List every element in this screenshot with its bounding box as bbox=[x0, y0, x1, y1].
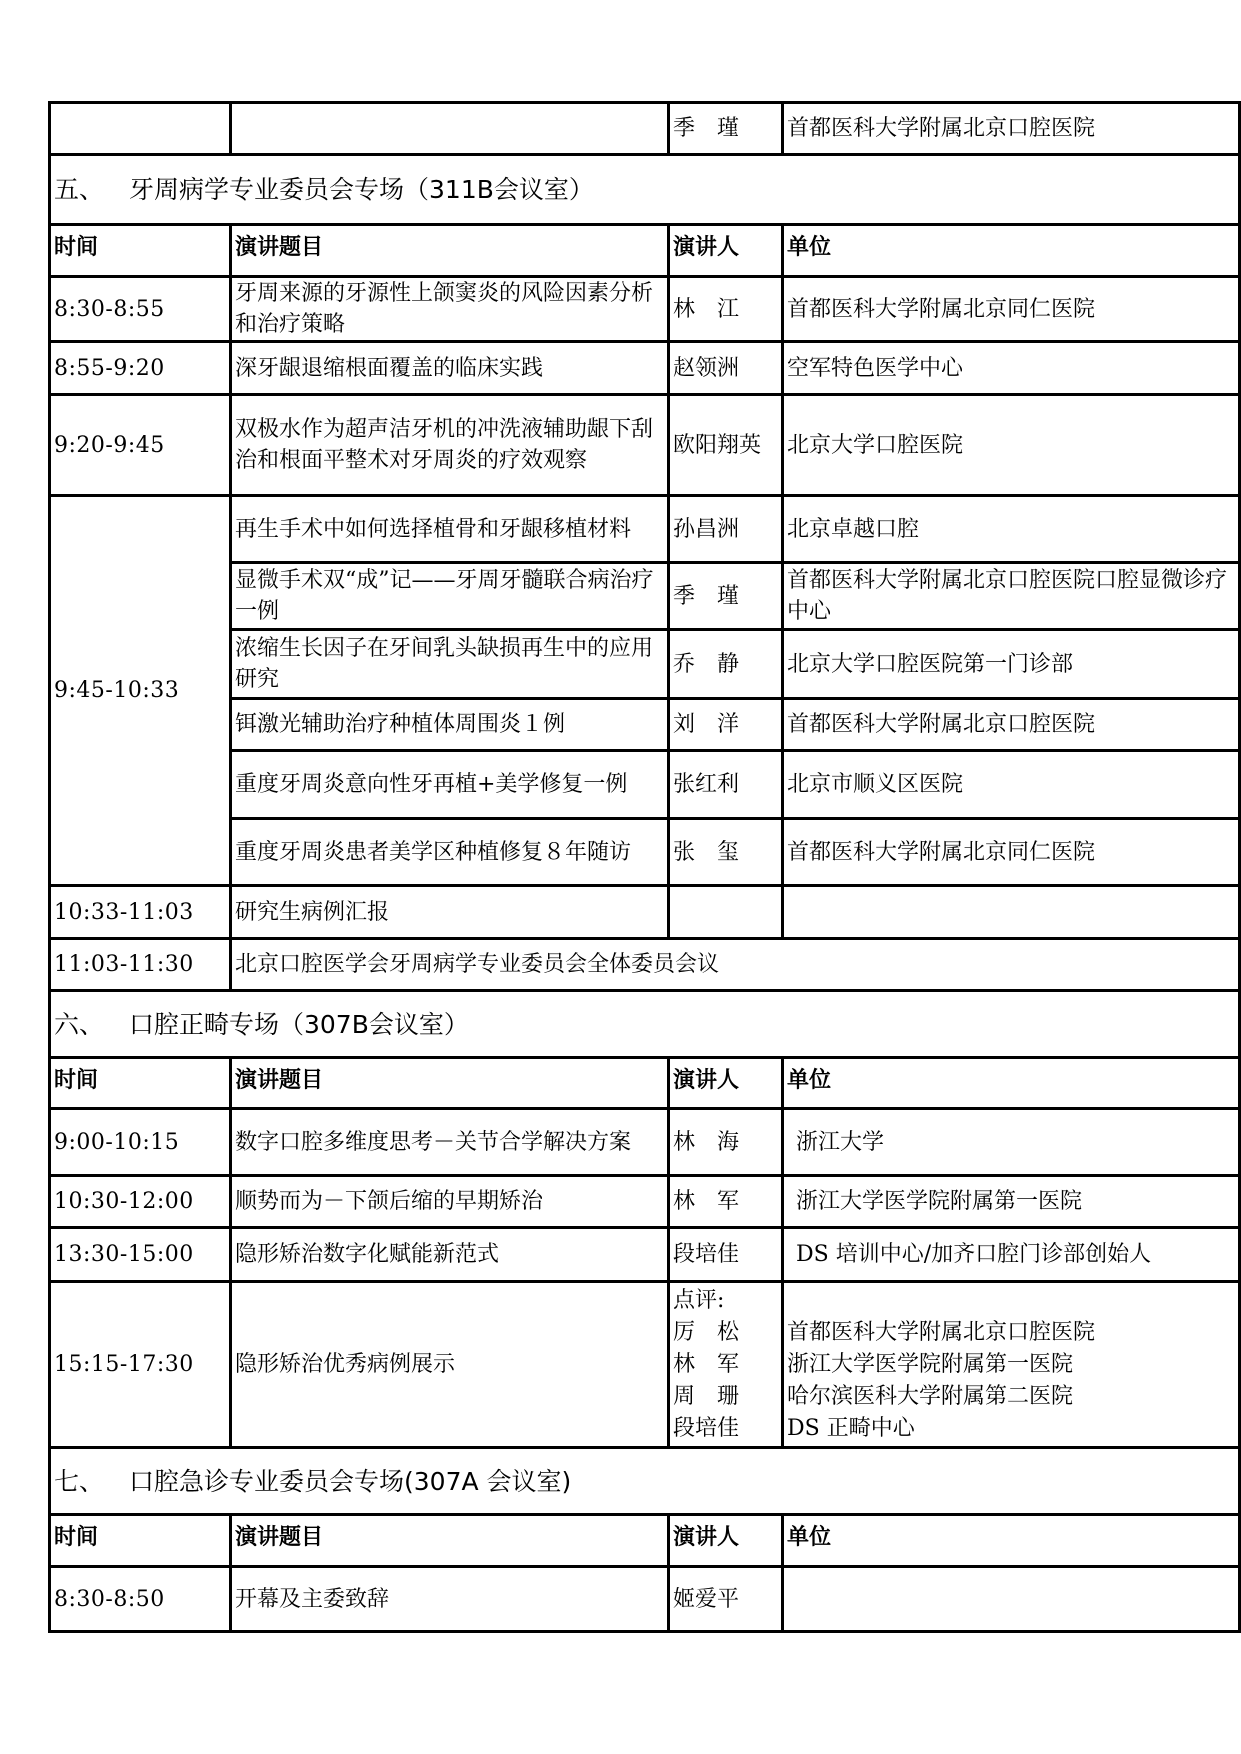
unit-cell: 首都医科大学附属北京口腔医院 bbox=[783, 103, 1240, 155]
section-title: 六、口腔正畸专场（307B会议室） bbox=[50, 991, 1240, 1058]
reviewer-unit: 首都医科大学附属北京口腔医院 bbox=[787, 1317, 1235, 1349]
reviewer-name: 厉 松 bbox=[673, 1317, 778, 1349]
topic-cell: 再生手术中如何选择植骨和牙龈移植材料 bbox=[231, 496, 669, 563]
speaker-cell: 乔 静 bbox=[669, 630, 783, 699]
time-cell: 9:20-9:45 bbox=[50, 395, 231, 496]
topic-cell: 双极水作为超声洁牙机的冲洗液辅助龈下刮治和根面平整术对牙周炎的疗效观察 bbox=[231, 395, 669, 496]
section-title: 七、口腔急诊专业委员会专场(307A 会议室) bbox=[50, 1448, 1240, 1515]
reviewer-label: 点评: bbox=[673, 1285, 778, 1317]
unit-cell: 北京卓越口腔 bbox=[783, 496, 1240, 563]
topic-cell: 顺势而为－下颌后缩的早期矫治 bbox=[231, 1176, 669, 1228]
speaker-cell: 赵领洲 bbox=[669, 342, 783, 395]
speaker-cell: 林 海 bbox=[669, 1109, 783, 1176]
table-row: 9:20-9:45 双极水作为超声洁牙机的冲洗液辅助龈下刮治和根面平整术对牙周炎… bbox=[50, 395, 1240, 496]
header-unit: 单位 bbox=[783, 1058, 1240, 1109]
section-title-row: 六、口腔正畸专场（307B会议室） bbox=[50, 991, 1240, 1058]
time-cell: 8:55-9:20 bbox=[50, 342, 231, 395]
speaker-cell: 张 玺 bbox=[669, 819, 783, 886]
topic-cell: 重度牙周炎患者美学区种植修复８年随访 bbox=[231, 819, 669, 886]
time-cell: 8:30-8:55 bbox=[50, 277, 231, 342]
reviewer-unit bbox=[787, 1285, 1235, 1317]
schedule-table: 季 瑾 首都医科大学附属北京口腔医院 五、牙周病学专业委员会专场（311B会议室… bbox=[48, 101, 1241, 1633]
unit-cell: 北京大学口腔医院 bbox=[783, 395, 1240, 496]
topic-cell: 浓缩生长因子在牙间乳头缺损再生中的应用研究 bbox=[231, 630, 669, 699]
unit-cell bbox=[783, 886, 1240, 939]
header-speaker: 演讲人 bbox=[669, 225, 783, 277]
speaker-cell: 欧阳翔英 bbox=[669, 395, 783, 496]
header-row: 时间 演讲题目 演讲人 单位 bbox=[50, 1058, 1240, 1109]
table-row: 10:33-11:03 研究生病例汇报 bbox=[50, 886, 1240, 939]
unit-cell: 首都医科大学附属北京同仁医院 bbox=[783, 277, 1240, 342]
section-title-text: 口腔正畸专场（307B会议室） bbox=[129, 1010, 469, 1039]
reviewer-name: 段培佳 bbox=[673, 1413, 778, 1445]
speaker-cell: 孙昌洲 bbox=[669, 496, 783, 563]
table-row: 9:45-10:33 再生手术中如何选择植骨和牙龈移植材料 孙昌洲 北京卓越口腔 bbox=[50, 496, 1240, 563]
unit-cell: 首都医科大学附属北京口腔医院 浙江大学医学院附属第一医院 哈尔滨医科大学附属第二… bbox=[783, 1282, 1240, 1448]
header-row: 时间 演讲题目 演讲人 单位 bbox=[50, 1515, 1240, 1567]
topic-cell: 显微手术双“成”记——牙周牙髓联合病治疗一例 bbox=[231, 563, 669, 630]
section-title-row: 五、牙周病学专业委员会专场（311B会议室） bbox=[50, 155, 1240, 225]
section-title: 五、牙周病学专业委员会专场（311B会议室） bbox=[50, 155, 1240, 225]
topic-cell bbox=[231, 103, 669, 155]
table-row: 15:15-17:30 隐形矫治优秀病例展示 点评: 厉 松 林 军 周 珊 段… bbox=[50, 1282, 1240, 1448]
table-row: 10:30-12:00 顺势而为－下颌后缩的早期矫治 林 军 浙江大学医学院附属… bbox=[50, 1176, 1240, 1228]
speaker-cell bbox=[669, 886, 783, 939]
header-topic: 演讲题目 bbox=[231, 225, 669, 277]
header-time: 时间 bbox=[50, 1058, 231, 1109]
speaker-cell: 点评: 厉 松 林 军 周 珊 段培佳 bbox=[669, 1282, 783, 1448]
header-unit: 单位 bbox=[783, 1515, 1240, 1567]
table-row: 9:00-10:15 数字口腔多维度思考－关节合学解决方案 林 海 浙江大学 bbox=[50, 1109, 1240, 1176]
topic-cell-merged: 北京口腔医学会牙周病学专业委员会全体委员会议 bbox=[231, 939, 1240, 991]
reviewer-unit: DS 正畸中心 bbox=[787, 1413, 1235, 1445]
unit-cell: 首都医科大学附属北京口腔医院 bbox=[783, 699, 1240, 751]
section-title-text: 口腔急诊专业委员会专场(307A 会议室) bbox=[129, 1467, 571, 1496]
time-cell: 15:15-17:30 bbox=[50, 1282, 231, 1448]
reviewer-name: 周 珊 bbox=[673, 1381, 778, 1413]
speaker-cell: 刘 洋 bbox=[669, 699, 783, 751]
header-row: 时间 演讲题目 演讲人 单位 bbox=[50, 225, 1240, 277]
unit-cell: 北京市顺义区医院 bbox=[783, 751, 1240, 819]
topic-cell: 牙周来源的牙源性上颌窦炎的风险因素分析和治疗策略 bbox=[231, 277, 669, 342]
unit-cell: 浙江大学医学院附属第一医院 bbox=[783, 1176, 1240, 1228]
topic-cell: 隐形矫治优秀病例展示 bbox=[231, 1282, 669, 1448]
reviewer-unit: 哈尔滨医科大学附属第二医院 bbox=[787, 1381, 1235, 1413]
section-title-row: 七、口腔急诊专业委员会专场(307A 会议室) bbox=[50, 1448, 1240, 1515]
time-cell: 10:33-11:03 bbox=[50, 886, 231, 939]
header-speaker: 演讲人 bbox=[669, 1058, 783, 1109]
unit-cell bbox=[783, 1567, 1240, 1632]
unit-cell: 首都医科大学附属北京同仁医院 bbox=[783, 819, 1240, 886]
time-cell: 9:00-10:15 bbox=[50, 1109, 231, 1176]
topic-cell: 开幕及主委致辞 bbox=[231, 1567, 669, 1632]
topic-cell: 铒激光辅助治疗种植体周围炎１例 bbox=[231, 699, 669, 751]
unit-cell: 空军特色医学中心 bbox=[783, 342, 1240, 395]
table-row: 13:30-15:00 隐形矫治数字化赋能新范式 段培佳 DS 培训中心/加齐口… bbox=[50, 1228, 1240, 1282]
speaker-cell: 林 江 bbox=[669, 277, 783, 342]
table-row: 季 瑾 首都医科大学附属北京口腔医院 bbox=[50, 103, 1240, 155]
unit-cell: 浙江大学 bbox=[783, 1109, 1240, 1176]
topic-cell: 重度牙周炎意向性牙再植+美学修复一例 bbox=[231, 751, 669, 819]
table-row: 8:55-9:20 深牙龈退缩根面覆盖的临床实践 赵领洲 空军特色医学中心 bbox=[50, 342, 1240, 395]
time-cell bbox=[50, 103, 231, 155]
header-topic: 演讲题目 bbox=[231, 1058, 669, 1109]
speaker-cell: 季 瑾 bbox=[669, 563, 783, 630]
speaker-cell: 林 军 bbox=[669, 1176, 783, 1228]
unit-cell: 首都医科大学附属北京口腔医院口腔显微诊疗中心 bbox=[783, 563, 1240, 630]
section-title-text: 牙周病学专业委员会专场（311B会议室） bbox=[129, 175, 594, 204]
unit-cell: DS 培训中心/加齐口腔门诊部创始人 bbox=[783, 1228, 1240, 1282]
header-time: 时间 bbox=[50, 1515, 231, 1567]
speaker-cell: 姬爱平 bbox=[669, 1567, 783, 1632]
section-number: 七、 bbox=[54, 1466, 129, 1497]
topic-cell: 数字口腔多维度思考－关节合学解决方案 bbox=[231, 1109, 669, 1176]
time-cell: 8:30-8:50 bbox=[50, 1567, 231, 1632]
table-row: 11:03-11:30 北京口腔医学会牙周病学专业委员会全体委员会议 bbox=[50, 939, 1240, 991]
topic-cell: 研究生病例汇报 bbox=[231, 886, 669, 939]
reviewer-name: 林 军 bbox=[673, 1349, 778, 1381]
time-cell: 10:30-12:00 bbox=[50, 1176, 231, 1228]
reviewer-unit: 浙江大学医学院附属第一医院 bbox=[787, 1349, 1235, 1381]
section-number: 五、 bbox=[54, 174, 129, 205]
section-number: 六、 bbox=[54, 1009, 129, 1040]
header-speaker: 演讲人 bbox=[669, 1515, 783, 1567]
speaker-cell: 季 瑾 bbox=[669, 103, 783, 155]
speaker-cell: 张红利 bbox=[669, 751, 783, 819]
time-cell: 9:45-10:33 bbox=[50, 496, 231, 886]
header-unit: 单位 bbox=[783, 225, 1240, 277]
table-row: 8:30-8:55 牙周来源的牙源性上颌窦炎的风险因素分析和治疗策略 林 江 首… bbox=[50, 277, 1240, 342]
table-row: 8:30-8:50 开幕及主委致辞 姬爱平 bbox=[50, 1567, 1240, 1632]
unit-cell: 北京大学口腔医院第一门诊部 bbox=[783, 630, 1240, 699]
header-topic: 演讲题目 bbox=[231, 1515, 669, 1567]
header-time: 时间 bbox=[50, 225, 231, 277]
time-cell: 11:03-11:30 bbox=[50, 939, 231, 991]
topic-cell: 深牙龈退缩根面覆盖的临床实践 bbox=[231, 342, 669, 395]
time-cell: 13:30-15:00 bbox=[50, 1228, 231, 1282]
speaker-cell: 段培佳 bbox=[669, 1228, 783, 1282]
topic-cell: 隐形矫治数字化赋能新范式 bbox=[231, 1228, 669, 1282]
